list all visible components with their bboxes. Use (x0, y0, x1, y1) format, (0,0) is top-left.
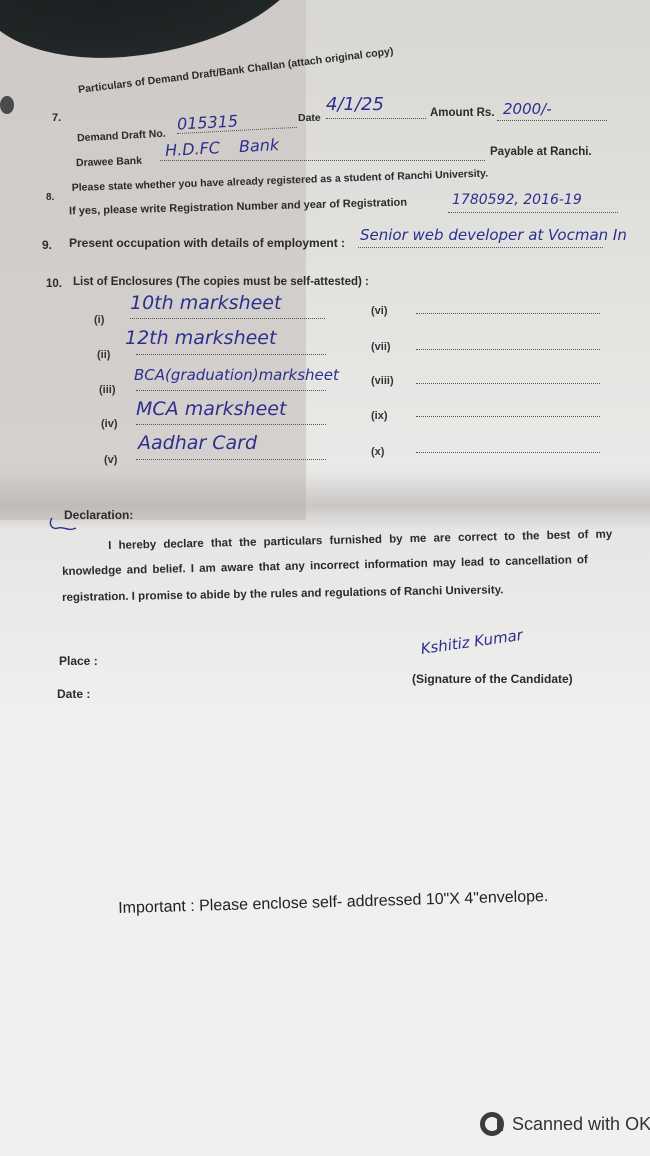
enclosure-label: (v) (104, 454, 117, 466)
item-number: 10. (46, 278, 62, 290)
enclosure-line (416, 313, 600, 314)
enclosure-value: 10th marksheet (130, 292, 281, 314)
enclosure-line (136, 390, 326, 391)
pen-squiggle (48, 516, 88, 536)
drawee-bank-label: Drawee Bank (76, 155, 142, 169)
dd-date-value: 4/1/25 (326, 94, 384, 115)
enclosure-label: (i) (94, 314, 104, 326)
enclosure-line (130, 318, 325, 319)
enclosure-label: (vi) (371, 305, 388, 317)
enclosure-line (416, 349, 600, 350)
enclosure-line (136, 354, 326, 355)
enclosure-value: Aadhar Card (138, 432, 257, 454)
scanner-watermark: Scanned with OK (480, 1112, 650, 1136)
drawee-bank-line (160, 160, 485, 161)
employment-line (358, 247, 603, 248)
payable-label: Payable at Ranchi. (490, 146, 592, 158)
place-label: Place : (59, 654, 98, 668)
registration-value: 1780592, 2016-19 (452, 192, 582, 208)
enclosure-value: BCA(graduation)marksheet (134, 366, 339, 384)
signature-label: (Signature of the Candidate) (412, 672, 573, 686)
item-number: 9. (42, 238, 52, 252)
enclosure-line (416, 452, 600, 453)
amount-label: Amount Rs. (430, 107, 495, 119)
enclosure-label: (ii) (97, 349, 110, 361)
amount-line (497, 120, 607, 121)
paper-lower-half (0, 520, 650, 1156)
watermark-text: Scanned with OK (512, 1114, 650, 1135)
punch-hole (0, 96, 14, 114)
enclosure-line (136, 424, 326, 425)
item-9-label: Present occupation with details of emplo… (69, 236, 345, 250)
date-label: Date (298, 112, 321, 124)
enclosure-label: (ix) (371, 410, 388, 422)
item-number: 8. (46, 192, 54, 203)
enclosure-label: (iii) (99, 384, 116, 396)
scanner-logo-icon (480, 1112, 504, 1136)
date-line (326, 118, 426, 119)
registration-line (448, 212, 618, 213)
enclosure-value: 12th marksheet (125, 327, 276, 349)
enclosure-label: (vii) (371, 341, 391, 353)
employment-value: Senior web developer at Vocman In (360, 226, 627, 244)
enclosure-line (416, 383, 600, 384)
amount-value: 2000/- (503, 100, 552, 118)
item-number: 7. (52, 112, 61, 124)
enclosure-line (136, 459, 326, 460)
date-label: Date : (57, 687, 90, 701)
enclosure-label: (x) (371, 446, 384, 458)
enclosures-heading: List of Enclosures (The copies must be s… (73, 276, 369, 288)
enclosure-label: (viii) (371, 375, 394, 387)
enclosure-value: MCA marksheet (136, 398, 286, 420)
enclosure-line (416, 416, 600, 417)
enclosure-label: (iv) (101, 418, 118, 430)
